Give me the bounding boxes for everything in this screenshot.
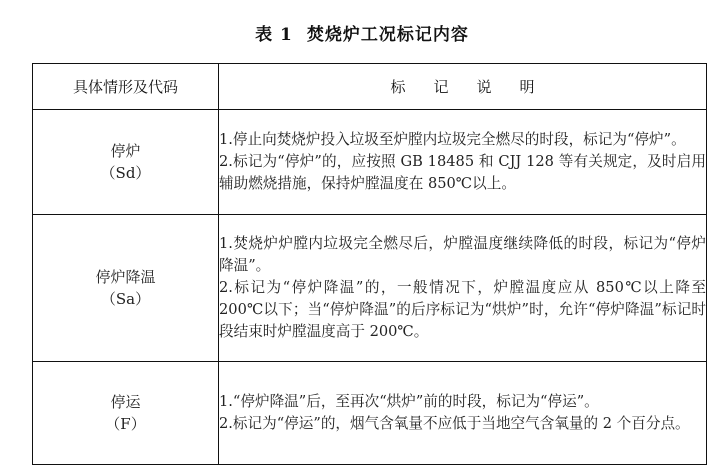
table-row-shutdown: 停炉 （Sd） 1.停止向焚烧炉投入垃圾至炉膛内垃圾完全燃尽的时段，标记为“停炉… (33, 110, 707, 215)
case-cell: 停运 （F） (33, 362, 219, 465)
table-title: 焚烧炉工况标记内容 (307, 25, 469, 45)
case-code: （Sa） (33, 288, 218, 310)
table-number: 表 1 (255, 25, 293, 45)
case-name: 停炉 (110, 142, 140, 160)
header-case-code: 具体情形及代码 (33, 64, 219, 110)
description-item: 1.“停炉降温”后，至再次“烘炉”前的时段，标记为“停运”。 (219, 391, 706, 413)
description-cell: 1.“停炉降温”后，至再次“烘炉”前的时段，标记为“停运”。 2.标记为“停运”… (219, 362, 707, 465)
description-item: 2.标记为“停炉”的，应按照 GB 18485 和 CJJ 128 等有关规定，… (219, 151, 706, 195)
description-item: 2.标记为“停运”的，烟气含氧量不应低于当地空气含氧量的 2 个百分点。 (219, 413, 706, 435)
description-item: 1.停止向焚烧炉投入垃圾至炉膛内垃圾完全燃尽的时段，标记为“停炉”。 (219, 129, 706, 151)
case-cell: 停炉降温 （Sa） (33, 215, 219, 362)
header-char: 明 (520, 76, 535, 97)
header-char: 标 (390, 76, 405, 97)
case-name: 停运 (110, 393, 140, 411)
description-cell: 1.停止向焚烧炉投入垃圾至炉膛内垃圾完全燃尽的时段，标记为“停炉”。 2.标记为… (219, 110, 707, 215)
description-item: 1.焚烧炉炉膛内垃圾完全燃尽后，炉膛温度继续降低的时段，标记为“停炉降温”。 (219, 233, 706, 277)
case-code: （Sd） (33, 162, 218, 184)
table-caption: 表 1焚烧炉工况标记内容 (0, 20, 724, 45)
case-name: 停炉降温 (95, 268, 155, 286)
table-row-out-of-service: 停运 （F） 1.“停炉降温”后，至再次“烘炉”前的时段，标记为“停运”。 2.… (33, 362, 707, 465)
case-code: （F） (33, 413, 218, 435)
header-char: 记 (433, 76, 448, 97)
operating-condition-marks-table: 具体情形及代码 标记说明 停炉 （Sd） 1.停止向焚烧炉投入垃圾至炉膛内垃圾完… (32, 63, 707, 465)
description-item: 2.标记为“停炉降温”的，一般情况下，炉膛温度应从 850℃以上降至 200℃以… (219, 277, 706, 343)
description-cell: 1.焚烧炉炉膛内垃圾完全燃尽后，炉膛温度继续降低的时段，标记为“停炉降温”。 2… (219, 215, 707, 362)
header-char: 说 (477, 76, 492, 97)
header-mark-description: 标记说明 (219, 64, 707, 110)
header-row: 具体情形及代码 标记说明 (33, 64, 707, 110)
case-cell: 停炉 （Sd） (33, 110, 219, 215)
table-row-cooldown: 停炉降温 （Sa） 1.焚烧炉炉膛内垃圾完全燃尽后，炉膛温度继续降低的时段，标记… (33, 215, 707, 362)
